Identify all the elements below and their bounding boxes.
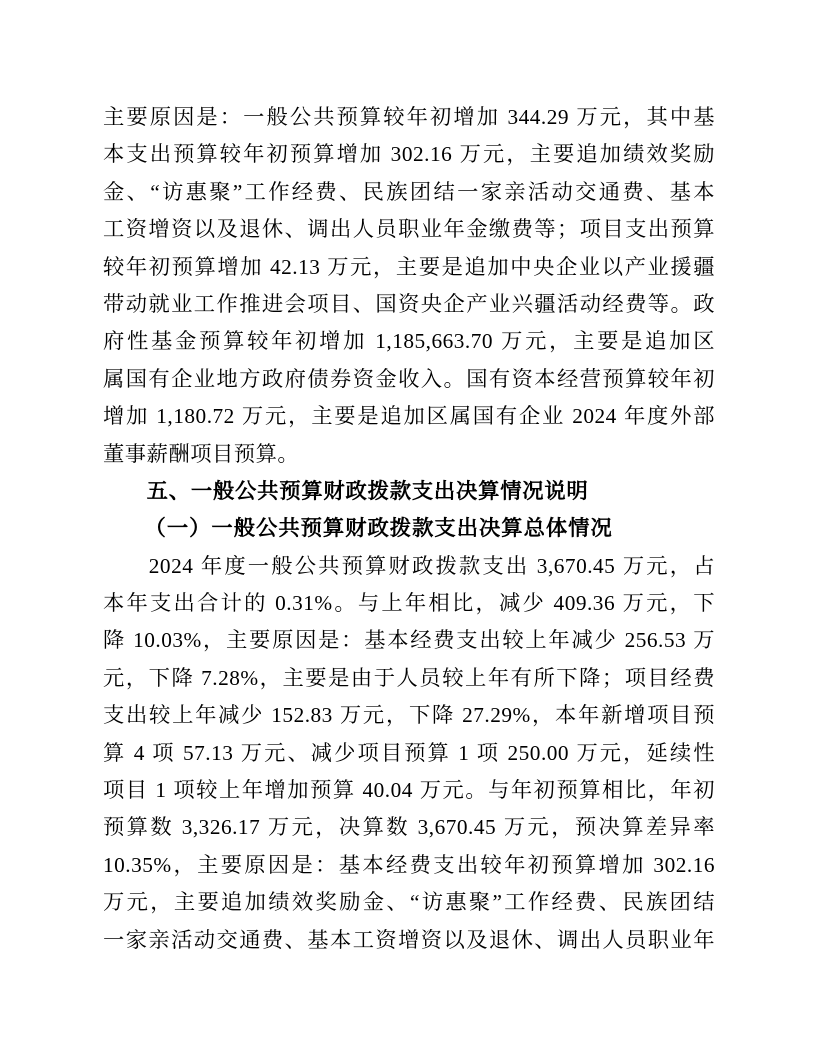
document-line: 元，下降 7.28%，主要是由于人员较上年有所下降；项目经费 xyxy=(103,660,715,697)
document-line: 带动就业工作推进会项目、国资央企产业兴疆活动经费等。政 xyxy=(103,286,715,323)
document-line: 较年初预算增加 42.13 万元，主要是追加中央企业以产业援疆 xyxy=(103,249,715,286)
document-line: 支出较上年减少 152.83 万元，下降 27.29%，本年新增项目预 xyxy=(103,697,715,734)
document-line: 增加 1,180.72 万元，主要是追加区属国有企业 2024 年度外部 xyxy=(103,398,715,435)
document-line: 府性基金预算较年初增加 1,185,663.70 万元，主要是追加区 xyxy=(103,323,715,360)
document-line: 一家亲活动交通费、基本工资增资以及退休、调出人员职业年 xyxy=(103,922,715,959)
section-heading: 五、一般公共预算财政拨款支出决算情况说明 xyxy=(103,473,715,510)
document-line: 本年支出合计的 0.31%。与上年相比，减少 409.36 万元，下 xyxy=(103,585,715,622)
document-line: 算 4 项 57.13 万元、减少项目预算 1 项 250.00 万元，延续性 xyxy=(103,735,715,772)
document-line: 主要原因是：一般公共预算较年初增加 344.29 万元，其中基 xyxy=(103,99,715,136)
document-line: 工资增资以及退休、调出人员职业年金缴费等；项目支出预算 xyxy=(103,211,715,248)
document-line: 10.35%，主要原因是：基本经费支出较年初预算增加 302.16 xyxy=(103,847,715,884)
document-text-block: 主要原因是：一般公共预算较年初增加 344.29 万元，其中基 本支出预算较年初… xyxy=(103,99,715,959)
document-line: 项目 1 项较上年增加预算 40.04 万元。与年初预算相比，年初 xyxy=(103,772,715,809)
document-page: 主要原因是：一般公共预算较年初增加 344.29 万元，其中基 本支出预算较年初… xyxy=(0,0,816,1056)
document-line: 属国有企业地方政府债券资金收入。国有资本经营预算较年初 xyxy=(103,361,715,398)
document-line: 董事薪酬项目预算。 xyxy=(103,436,715,473)
document-line: 预算数 3,326.17 万元，决算数 3,670.45 万元，预决算差异率 xyxy=(103,809,715,846)
document-line: 金、“访惠聚”工作经费、民族团结一家亲活动交通费、基本 xyxy=(103,174,715,211)
document-line: 本支出预算较年初预算增加 302.16 万元，主要追加绩效奖励 xyxy=(103,136,715,173)
document-line: 万元，主要追加绩效奖励金、“访惠聚”工作经费、民族团结 xyxy=(103,884,715,921)
subsection-heading: （一）一般公共预算财政拨款支出决算总体情况 xyxy=(103,510,715,547)
document-line: 降 10.03%，主要原因是：基本经费支出较上年减少 256.53 万 xyxy=(103,622,715,659)
document-line: 2024 年度一般公共预算财政拨款支出 3,670.45 万元，占 xyxy=(103,548,715,585)
